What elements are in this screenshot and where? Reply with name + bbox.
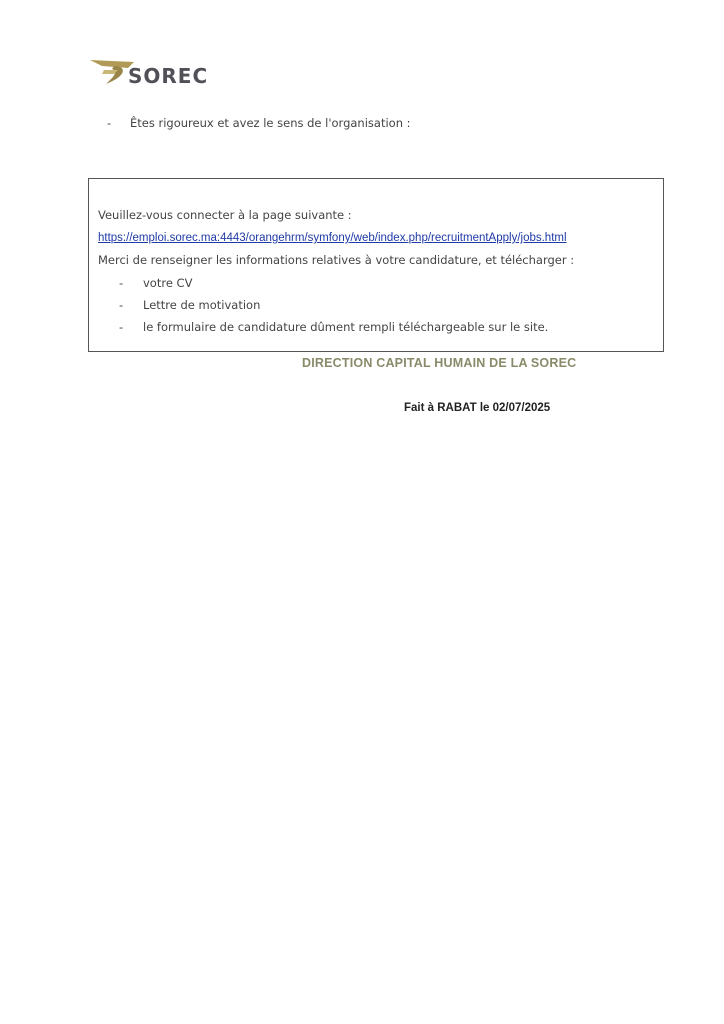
intro-bullet-text: Êtes rigoureux et avez le sens de l'orga… — [130, 116, 411, 130]
intro-bullet: -Êtes rigoureux et avez le sens de l'org… — [107, 116, 411, 130]
logo-text: SOREC — [128, 64, 208, 88]
application-info-box: Veuillez-vous connecter à la page suivan… — [88, 178, 664, 352]
date-line: Fait à RABAT le 02/07/2025 — [404, 402, 550, 414]
recruitment-link[interactable]: https://emploi.sorec.ma:4443/orangehrm/s… — [98, 232, 567, 244]
list-item: -votre CV — [119, 276, 192, 290]
connect-text: Veuillez-vous connecter à la page suivan… — [98, 208, 352, 222]
sorec-logo: SOREC — [88, 56, 248, 90]
list-item: -Lettre de motivation — [119, 298, 260, 312]
bullet-dash: - — [107, 116, 130, 130]
list-item: -le formulaire de candidature dûment rem… — [119, 320, 548, 334]
signature-department: DIRECTION CAPITAL HUMAIN DE LA SOREC — [302, 356, 576, 370]
instructions-text: Merci de renseigner les informations rel… — [98, 253, 574, 267]
